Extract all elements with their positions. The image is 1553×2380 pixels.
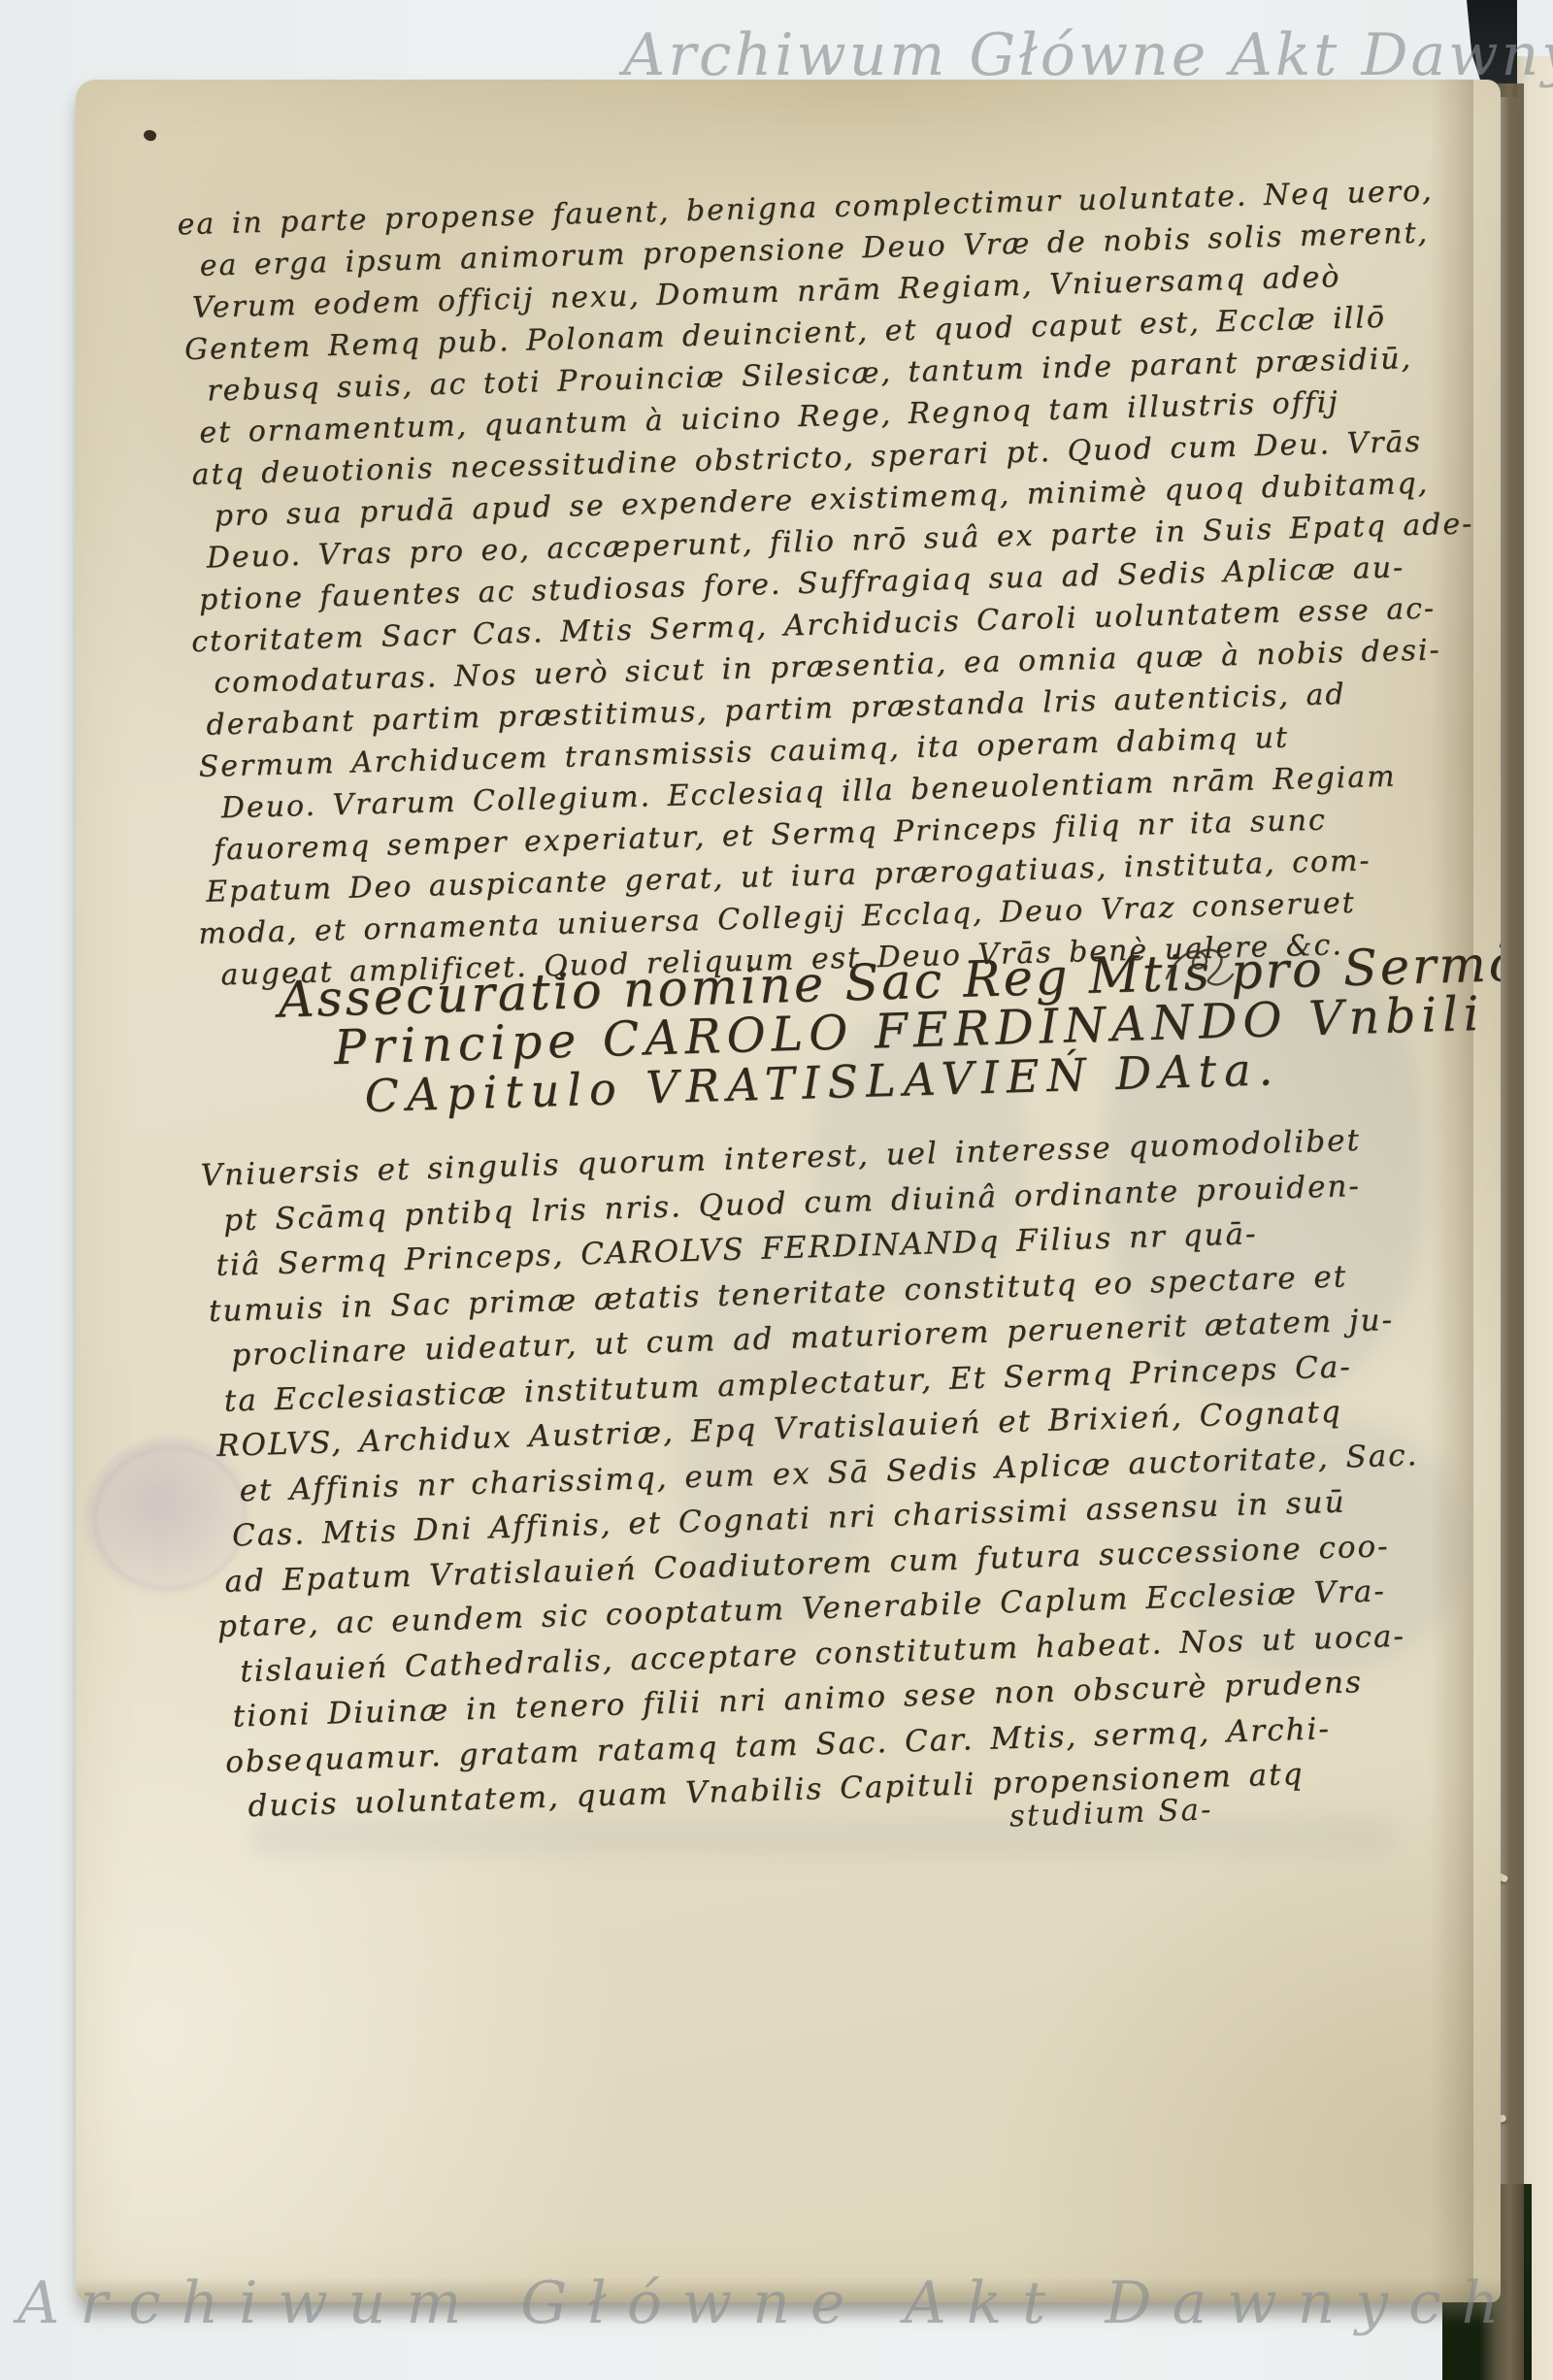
page-bottom-edge-shading: [76, 2277, 1501, 2302]
catchword: studium Sa-: [1008, 1792, 1213, 1834]
pen-flourish-icon: [1161, 942, 1237, 992]
manuscript-upper-block: ea in parte propense fauent, benigna com…: [188, 169, 1501, 997]
manuscript-scan: ea in parte propense fauent, benigna com…: [0, 0, 1553, 2380]
ink-speck: [143, 128, 158, 143]
manuscript-lower-block: Vniuersis et singulis quorum interest, u…: [212, 1112, 1501, 1830]
manuscript-page: ea in parte propense fauent, benigna com…: [76, 80, 1501, 2302]
